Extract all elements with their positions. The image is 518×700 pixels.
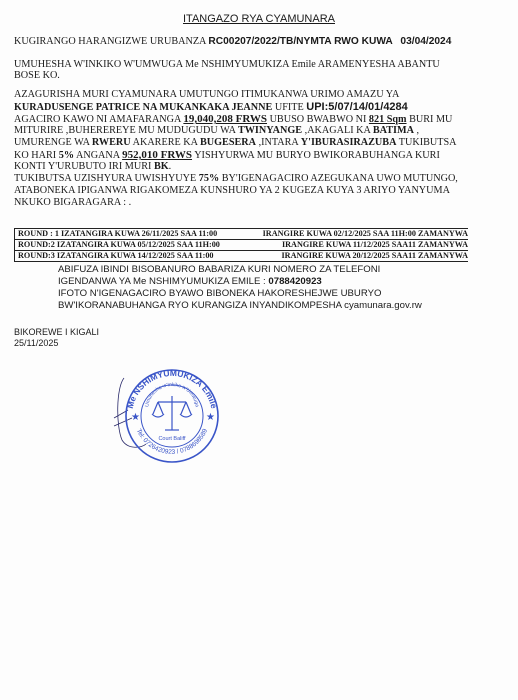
round-start: ROUND : 1 IZATANGIRA KUWA 26/11/2025 SAA… (18, 229, 263, 239)
round-end: IRANGIRE KUWA 20/12/2025 SAA11 ZAMANYWA (281, 251, 468, 261)
round-end: IRANGIRE KUWA 11/12/2025 SAA11 ZAMANYWA (282, 240, 468, 250)
upi-number: UPI:5/07/14/01/4284 (306, 101, 408, 113)
case-date: 03/04/2024 (400, 36, 451, 47)
property-value: 19,040,208 FRWS (183, 113, 267, 125)
property-owners: KURADUSENGE PATRICE NA MUKANKAKA JEANNE (14, 102, 272, 113)
contact-line-3: IFOTO N'IGENAGACIRO BYAWO BIBONEKA HAKOR… (58, 288, 381, 300)
intro-line-1: UMUHESHA W'INKIKO W'UMWUGA Me NSHIMYUMUK… (14, 59, 440, 71)
sector-name: RWERU (92, 137, 131, 148)
property-area: 821 Sqm (369, 114, 407, 125)
body-line-payment: TUKIBUTSA UZISHYURA UWISHYUYE 75% BY'IGE… (14, 173, 458, 185)
round-row: ROUND:2 IZATANGIRA KUWA 05/12/2025 SAA 1… (14, 239, 468, 250)
stamp-title: Court Baliff (158, 436, 186, 442)
payment-percent: 75% (199, 173, 219, 184)
province-name: Y'IBURASIRAZUBA (301, 137, 397, 148)
intro-line-2: BOSE KO. (14, 70, 60, 82)
contact-line-2: IGENDANWA YA Me NSHIMYUMUKIZA EMILE : 07… (58, 276, 322, 288)
issue-date: 25/11/2025 (14, 338, 58, 349)
cell-name: BATIMA (373, 125, 414, 136)
body-line-1: AZAGURISHA MURI CYAMUNARA UMUTUNGO ITIMU… (14, 89, 399, 101)
body-line-bank: KONTI Y'URUBUTO IRI MURI BK. (14, 161, 171, 173)
bank-name: BK (154, 161, 169, 172)
village-name: TWINYANGE (238, 125, 302, 136)
round-row: ROUND : 1 IZATANGIRA KUWA 26/11/2025 SAA… (14, 228, 468, 239)
scales-of-justice-icon (152, 396, 192, 430)
round-end: IRANGIRE KUWA 02/12/2025 SAA 11H:00 ZAMA… (263, 229, 468, 239)
place-of-issue: BIKOREWE I KIGALI (14, 327, 99, 338)
body-line-closing: NKUKO BIGARAGARA : . (14, 197, 131, 209)
auction-rounds-table: ROUND : 1 IZATANGIRA KUWA 26/11/2025 SAA… (14, 228, 468, 262)
case-reference-line: KUGIRANGO HARANGIZWE URUBANZA RC00207/20… (14, 36, 451, 48)
case-number: RC00207/2022/TB/NYMTA RWO KUWA (208, 36, 392, 47)
svg-text:★: ★ (131, 412, 140, 423)
round-start: ROUND:2 IZATANGIRA KUWA 05/12/2025 SAA 1… (18, 240, 282, 250)
round-start: ROUND:3 IZATANGIRA KUWA 14/12/2025 SAA 1… (18, 251, 281, 261)
contact-phone: 0788420923 (268, 276, 321, 287)
deposit-percent: 5% (59, 150, 74, 161)
contact-line-1: ABIFUZA IBINDI BISOBANURO BABARIZA KURI … (58, 264, 380, 276)
district-name: BUGESERA (200, 137, 256, 148)
document-title: ITANGAZO RYA CYAMUNARA (0, 13, 518, 25)
contact-line-4: BW'IKORANABUHANGA RYO KURANGIZA INYANDIK… (58, 300, 422, 312)
official-stamp: Me NSHIMYUMUKIZA Emile Umuhesha w'Inkiko… (102, 348, 232, 473)
body-line-location-1: MITURIRE ,BUHEREREYE MU MUDUGUDU WA TWIN… (14, 125, 419, 137)
svg-text:★: ★ (206, 412, 215, 423)
round-row: ROUND:3 IZATANGIRA KUWA 14/12/2025 SAA 1… (14, 250, 468, 262)
deposit-amount: 952,010 FRWS (122, 149, 192, 161)
body-line-rounds-note: ATABONEKA IPIGANWA RIGAKOMEZA KUNSHURO Y… (14, 185, 450, 197)
body-line-location-2: UMURENGE WA RWERU AKARERE KA BUGESERA ,I… (14, 137, 457, 149)
